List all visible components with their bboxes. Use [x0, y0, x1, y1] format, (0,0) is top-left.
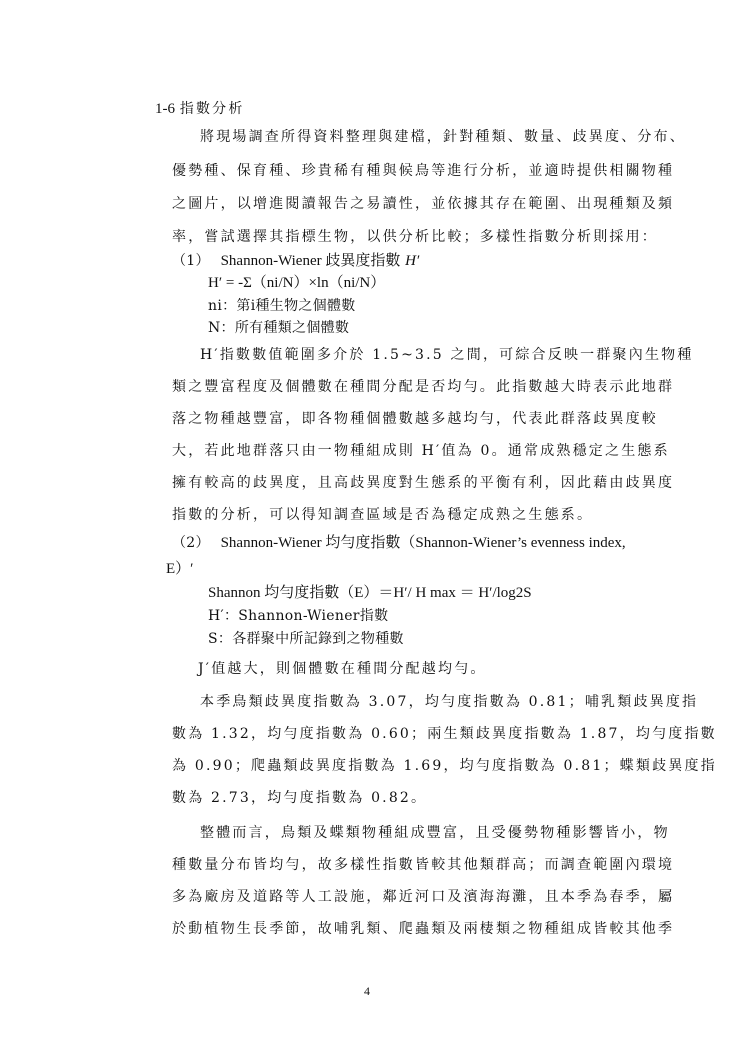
results-line-2: 數為 1.32，均勻度指數為 0.60；兩生類歧異度指數為 1.87，均勻度指數 — [172, 725, 717, 743]
h-explain-line-5: 擁有較高的歧異度，且高歧異度對生態系的平衡有利，因此藉由歧異度 — [172, 474, 674, 492]
section-heading: 1-6 指數分析 — [155, 100, 245, 118]
item2-label: （2） — [172, 535, 210, 551]
intro-line-1: 將現場調查所得資料整理與建檔，針對種類、數量、歧異度、分布、 — [200, 128, 686, 146]
item1-title: Shannon-Wiener 歧異度指數 — [221, 253, 401, 269]
h-explain-line-1: H′指數數值範圍多介於 1.5~3.5 之間，可綜合反映一群聚內生物種 — [200, 346, 694, 364]
item1-heading: （1） Shannon-Wiener 歧異度指數 H′ — [172, 252, 419, 270]
intro-line-3: 之圖片，以增進閱讀報告之易讀性，並依據其存在範圍、出現種類及頻 — [172, 195, 674, 213]
item1-formula: H′ = -Σ（ni/N）×ln（ni/N） — [208, 274, 385, 292]
results-line-1: 本季鳥類歧異度指數為 3.07，均勻度指數為 0.81；哺乳類歧異度指 — [200, 693, 698, 711]
summary-line-1: 整體而言，鳥類及蝶類物種組成豐富，且受優勢物種影響皆小，物 — [200, 824, 670, 842]
item2-heading-cont: E）′ — [166, 560, 193, 578]
h-explain-line-2: 類之豐富程度及個體數在種間分配是否均勻。此指數越大時表示此地群 — [172, 378, 674, 396]
summary-line-2: 種數量分布皆均勻，故多樣性指數皆較其他類群高；而調查範圍內環境 — [172, 856, 674, 874]
item2-def-H: H′：Shannon-Wiener指數 — [208, 607, 388, 625]
section-number: 1-6 — [155, 101, 175, 117]
summary-line-4: 於動植物生長季節，故哺乳類、爬蟲類及兩棲類之物種組成皆較其他季 — [172, 920, 674, 938]
item1-label: （1） — [172, 253, 210, 269]
item1-symbol: H′ — [405, 253, 419, 269]
item2-formula: Shannon 均勻度指數（E）＝H′/ H max ＝ H′/log2S — [208, 584, 532, 602]
h-explain-line-4: 大，若此地群落只由一物種組成則 H′值為 0。通常成熟穩定之生態系 — [172, 442, 670, 460]
page-number: 4 — [364, 984, 370, 999]
h-explain-line-6: 指數的分析，可以得知調查區域是否為穩定成熟之生態系。 — [172, 506, 593, 524]
item2-title: Shannon-Wiener 均勻度指數（Shannon-Wiener’s ev… — [221, 535, 626, 551]
h-explain-line-3: 落之物種越豐富，即各物種個體數越多越均勻，代表此群落歧異度較 — [172, 410, 658, 428]
section-title: 指數分析 — [180, 101, 245, 117]
intro-line-4: 率，嘗試選擇其指標生物，以供分析比較；多樣性指數分析則採用： — [172, 228, 658, 246]
j-explain: J′值越大，則個體數在種間分配越均勻。 — [198, 660, 487, 678]
results-line-3: 為 0.90；爬蟲類歧異度指數為 1.69，均勻度指數為 0.81；蝶類歧異度指 — [172, 757, 717, 775]
intro-line-2: 優勢種、保育種、珍貴稀有種與候鳥等進行分析，並適時提供相關物種 — [172, 162, 674, 180]
results-line-4: 數為 2.73，均勻度指數為 0.82。 — [172, 789, 427, 807]
item2-heading: （2） Shannon-Wiener 均勻度指數（Shannon-Wiener’… — [172, 534, 626, 552]
summary-line-3: 多為廠房及道路等人工設施，鄰近河口及濱海海灘，且本季為春季，屬 — [172, 888, 674, 906]
item1-def-ni: ni：第i種生物之個體數 — [208, 297, 356, 315]
item2-def-S: S：各群聚中所記錄到之物種數 — [208, 630, 404, 648]
item1-def-N: N：所有種類之個體數 — [208, 319, 349, 337]
